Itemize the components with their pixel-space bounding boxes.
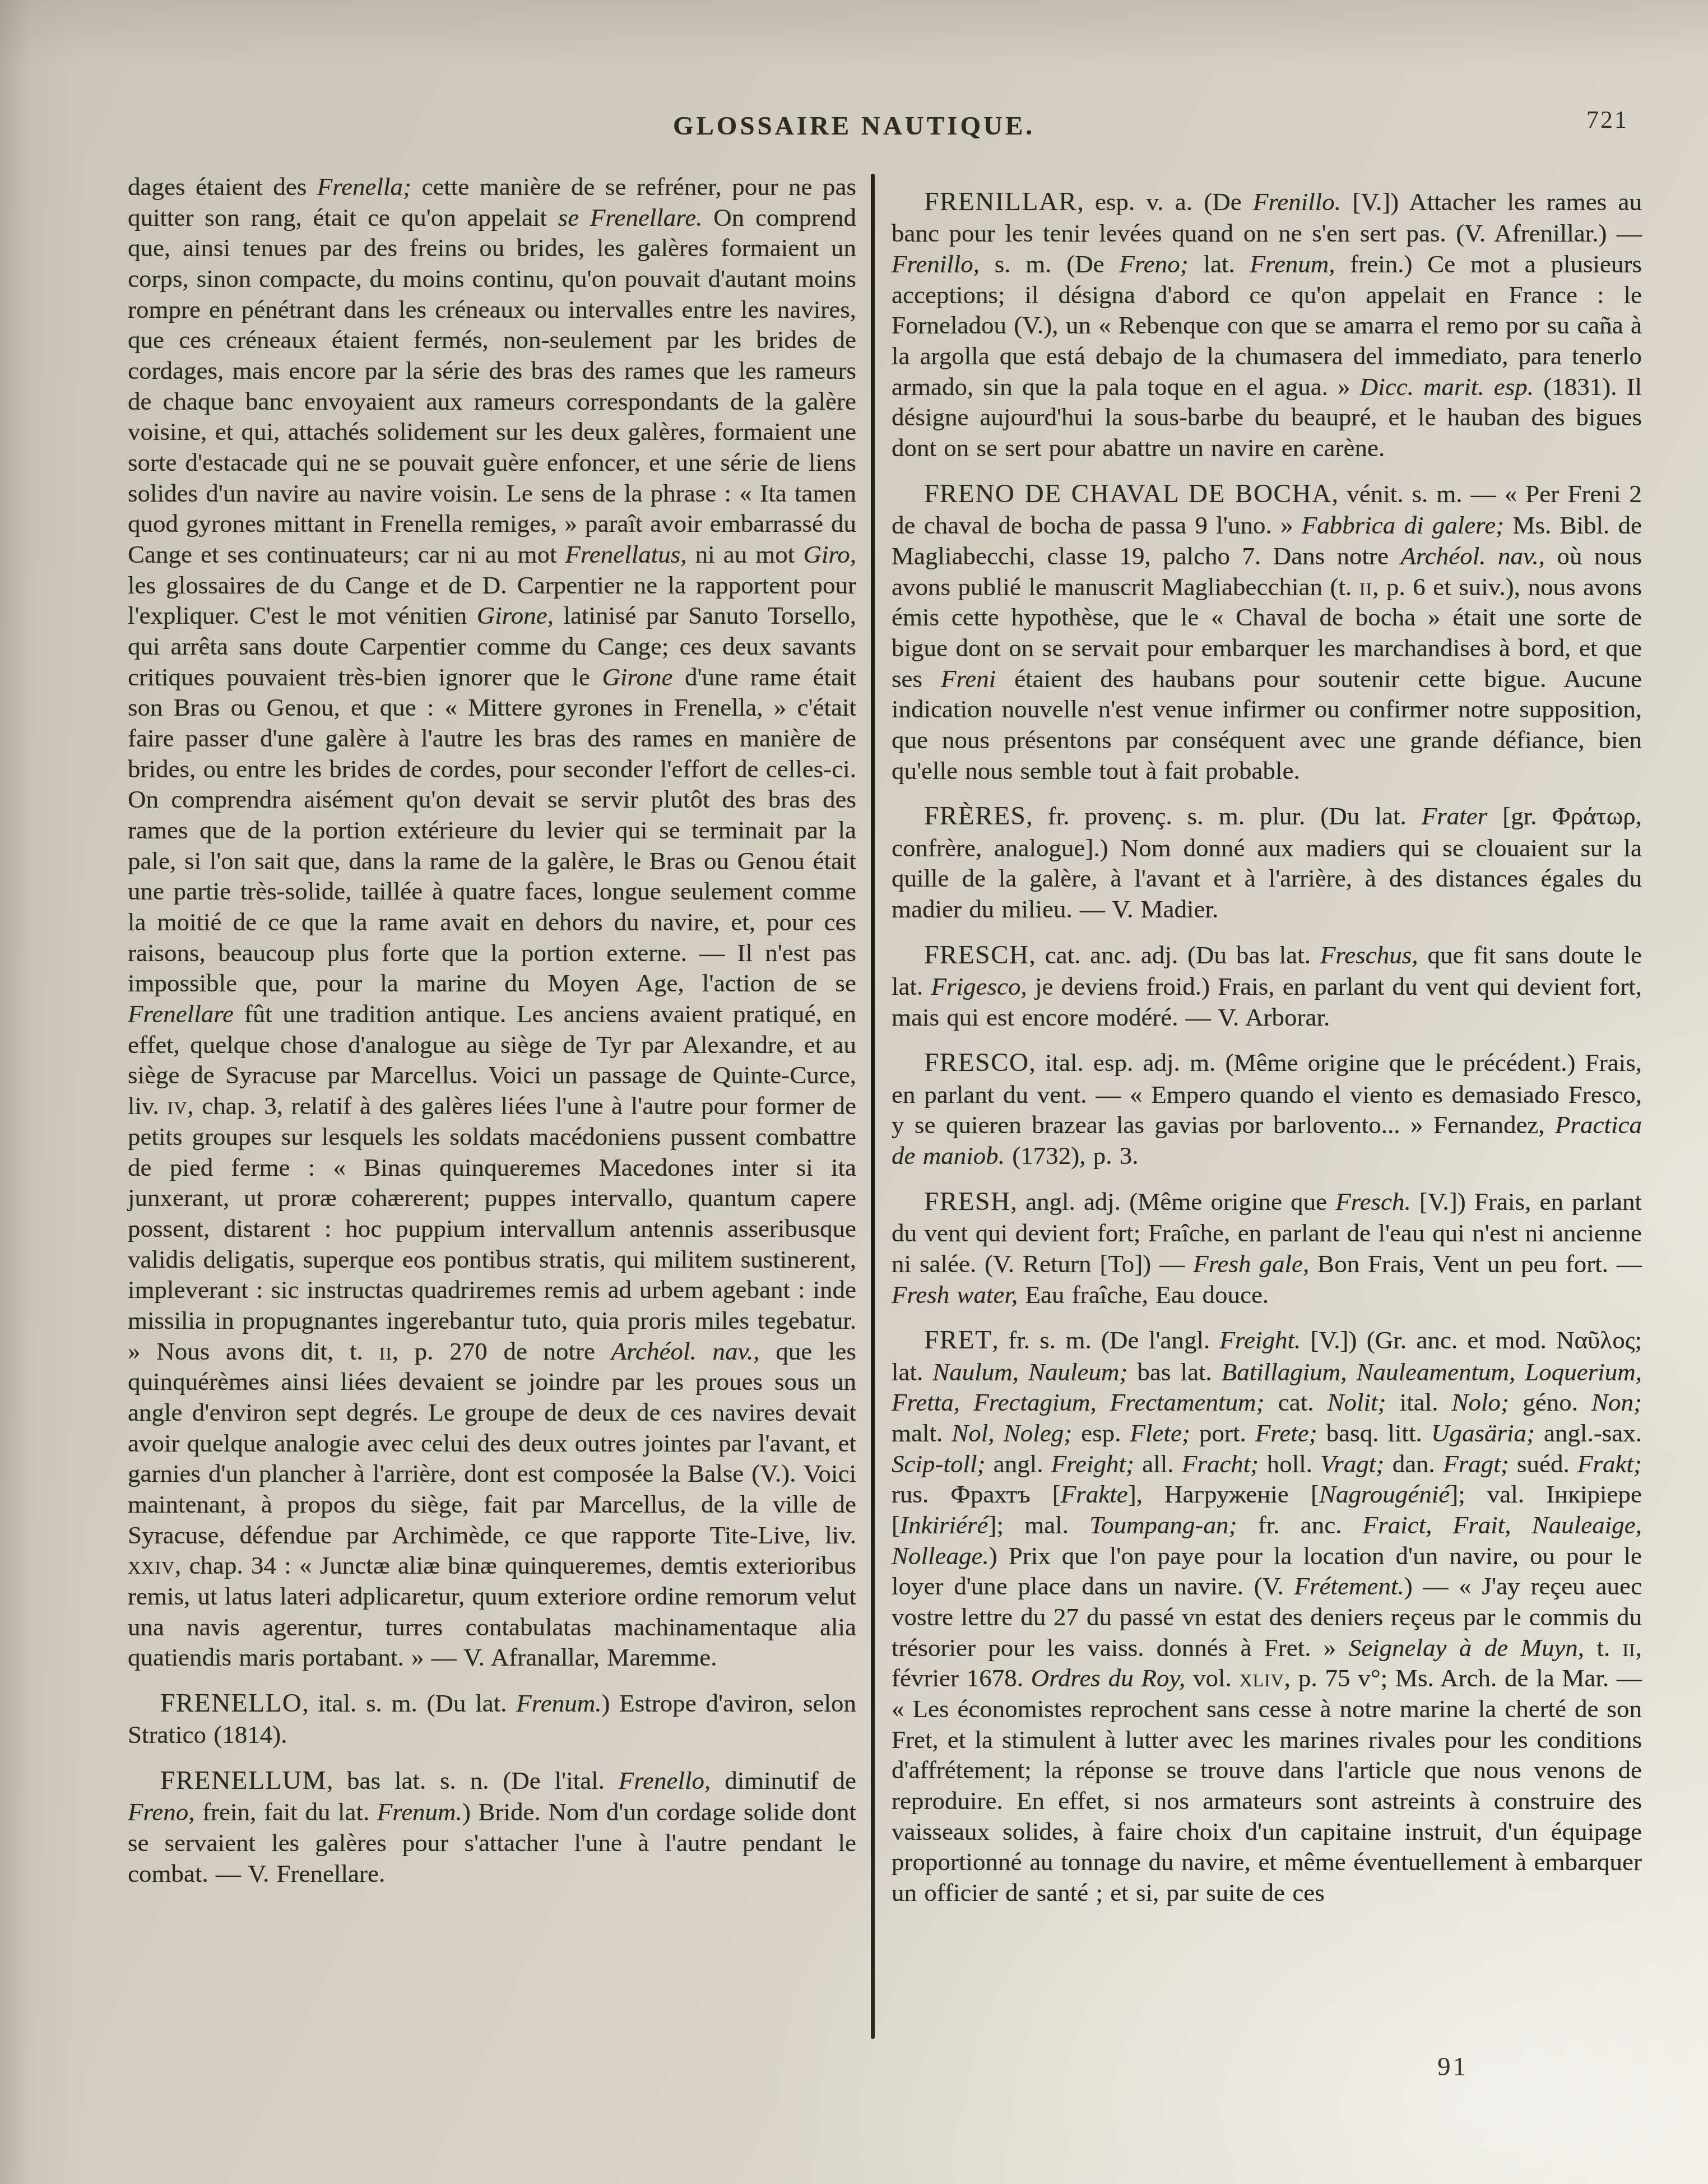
left-column: dages étaient des Frenella; cette manièr…: [128, 171, 856, 2044]
entry-headword: FRENILLAR: [924, 187, 1077, 216]
column-divider-rule: [871, 174, 875, 2039]
entry-frenellum: FRENELLUM, bas lat. s. n. (De l'ital. Fr…: [128, 1765, 856, 1889]
entry-headword: FRÈRES: [924, 801, 1026, 831]
paragraph-frenellare-continuation: dages étaient des Frenella; cette manièr…: [128, 171, 856, 1673]
page-header: GLOSSAIRE NAUTIQUE. 721: [0, 0, 1708, 150]
entry-headword: FRENO DE CHAVAL DE BOCHA: [924, 479, 1332, 508]
signature-mark: 91: [1437, 2052, 1468, 2082]
entry-freno-de-chaval-de-bocha: FRENO DE CHAVAL DE BOCHA, vénit. s. m. —…: [892, 478, 1642, 786]
entry-frenello: FRENELLO, ital. s. m. (Du lat. Frenum.) …: [128, 1687, 856, 1750]
entry-fret: FRET, fr. s. m. (De l'angl. Freight. [V.…: [892, 1324, 1642, 1908]
entry-headword: FRENELLUM: [160, 1766, 327, 1795]
entry-freres: FRÈRES, fr. provenç. s. m. plur. (Du lat…: [892, 800, 1642, 924]
entry-headword: FRESCH: [924, 940, 1029, 970]
entry-fresch: FRESCH, cat. anc. adj. (Du bas lat. Fres…: [892, 939, 1642, 1033]
entry-fresh: FRESH, angl. adj. (Même origine que Fres…: [892, 1186, 1642, 1310]
entry-headword: FRENELLO: [160, 1689, 303, 1718]
running-title: GLOSSAIRE NAUTIQUE.: [0, 111, 1708, 141]
entry-frenillar: FRENILLAR, esp. v. a. (De Frenillo. [V.]…: [892, 186, 1642, 463]
entry-headword: FRESCO: [924, 1048, 1029, 1077]
text-columns: dages étaient des Frenella; cette manièr…: [0, 150, 1708, 2044]
right-column: FRENILLAR, esp. v. a. (De Frenillo. [V.]…: [892, 171, 1642, 2044]
entry-headword: FRET: [924, 1325, 992, 1355]
entry-fresco: FRESCO, ital. esp. adj. m. (Même origine…: [892, 1047, 1642, 1171]
scanned-book-page: GLOSSAIRE NAUTIQUE. 721 dages étaient de…: [0, 0, 1708, 2184]
entry-headword: FRESH: [924, 1187, 1011, 1216]
page-number: 721: [1586, 105, 1628, 134]
